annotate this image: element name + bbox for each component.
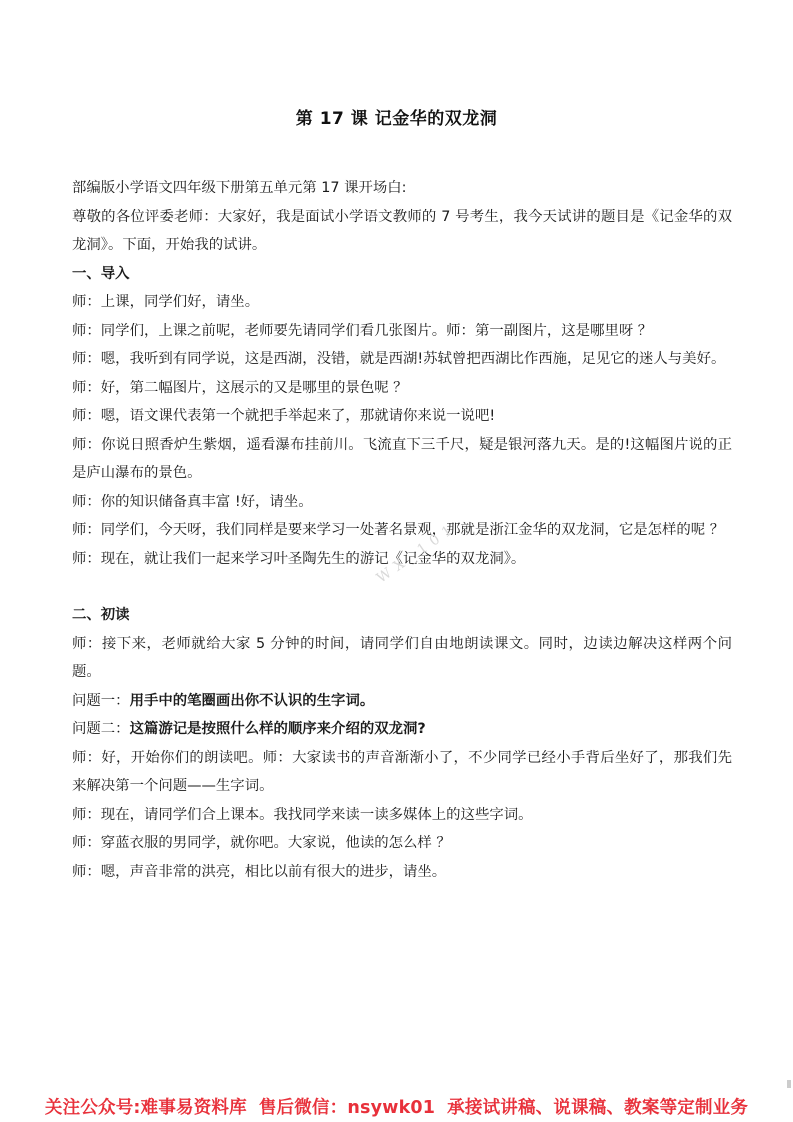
paragraph: 师：同学们，今天呀，我们同样是要来学习一处著名景观，那就是浙江金华的双龙洞，它是…	[72, 516, 732, 545]
corner-mark	[787, 1080, 791, 1088]
paragraph: 师：穿蓝衣服的男同学，就你吧。大家说，他读的怎么样 ？	[72, 829, 732, 858]
footer-services: 承接试讲稿、说课稿、教案等定制业务	[447, 1098, 748, 1118]
footer-banner: 关注公众号:难事易资料库售后微信：nsywk01承接试讲稿、说课稿、教案等定制业…	[0, 1094, 793, 1119]
paragraph: 师：你说日照香炉生紫烟，遥看瀑布挂前川。飞流直下三千尺，疑是银河落九天。是的!这…	[72, 431, 732, 488]
paragraph: 师：好，第二幅图片，这展示的又是哪里的景色呢 ？	[72, 374, 732, 403]
footer-aftersales-wechat: 售后微信：nsywk01	[259, 1098, 435, 1118]
paragraph: 师：好，开始你们的朗读吧。师：大家读书的声音渐渐小了，不少同学已经小手背后坐好了…	[72, 744, 732, 801]
question-text: 用手中的笔圈画出你不认识的生字词。	[130, 693, 375, 709]
question-1: 问题一：用手中的笔圈画出你不认识的生字词。	[72, 687, 732, 716]
paragraph: 师：嗯，声音非常的洪亮，相比以前有很大的进步，请坐。	[72, 858, 732, 887]
paragraph: 师：嗯，我听到有同学说，这是西湖，没错，就是西湖!苏轼曾把西湖比作西施，足见它的…	[72, 345, 732, 374]
paragraph: 师：同学们，上课之前呢，老师要先请同学们看几张图片。师：第一副图片，这是哪里呀 …	[72, 317, 732, 346]
footer-wechat-account: 关注公众号:难事易资料库	[45, 1098, 247, 1118]
intro-greeting: 尊敬的各位评委老师：大家好，我是面试小学语文教师的 7 号考生，我今天试讲的题目…	[72, 203, 732, 260]
paragraph: 师：接下来，老师就给大家 5 分钟的时间，请同学们自由地朗读课文。同时，边读边解…	[72, 630, 732, 687]
section-heading-intro: 一、导入	[72, 260, 732, 289]
paragraph: 师：现在，请同学们合上课本。我找同学来读一读多媒体上的这些字词。	[72, 801, 732, 830]
question-text: 这篇游记是按照什么样的顺序来介绍的双龙洞?	[130, 721, 426, 737]
question-label: 问题二：	[72, 721, 130, 737]
question-2: 问题二：这篇游记是按照什么样的顺序来介绍的双龙洞?	[72, 715, 732, 744]
section-heading-first-reading: 二、初读	[72, 601, 732, 630]
page-title: 第 17 课 记金华的双龙洞	[0, 104, 793, 129]
paragraph: 师：嗯，语文课代表第一个就把手举起来了，那就请你来说一说吧!	[72, 402, 732, 431]
paragraph: 师：上课，同学们好，请坐。	[72, 288, 732, 317]
document-body: 部编版小学语文四年级下册第五单元第 17 课开场白: 尊敬的各位评委老师：大家好…	[72, 174, 732, 886]
question-label: 问题一：	[72, 693, 130, 709]
paragraph: 师：你的知识储备真丰富 !好，请坐。	[72, 488, 732, 517]
spacer	[72, 573, 732, 601]
intro-subtitle: 部编版小学语文四年级下册第五单元第 17 课开场白:	[72, 174, 732, 203]
